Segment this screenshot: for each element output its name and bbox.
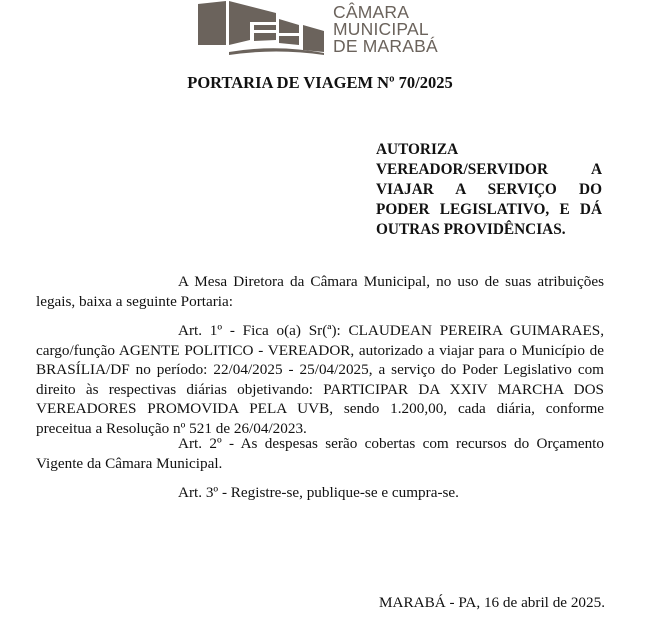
- article-3: Art. 3º - Registre-se, publique-se e cum…: [36, 483, 604, 503]
- ementa-line: VIAJAR A SERVIÇO DO: [376, 180, 602, 200]
- ementa-line: PODER LEGISLATIVO, E DÁ: [376, 200, 602, 220]
- building-facade-icon: [196, 0, 331, 60]
- ementa-line: VEREADOR/SERVIDOR A: [376, 160, 602, 180]
- document-title: PORTARIA DE VIAGEM Nº 70/2025: [0, 73, 640, 93]
- camara-logo: CÂMARA MUNICIPAL DE MARABÁ: [196, 0, 456, 60]
- preamble-paragraph: A Mesa Diretora da Câmara Municipal, no …: [36, 272, 604, 311]
- place-date: MARABÁ - PA, 16 de abril de 2025.: [379, 594, 605, 612]
- article-1: Art. 1º - Fica o(a) Sr(ª): CLAUDEAN PERE…: [36, 321, 604, 438]
- logo-wordmark: CÂMARA MUNICIPAL DE MARABÁ: [333, 4, 438, 55]
- ementa-line: AUTORIZA: [376, 140, 602, 160]
- ementa-line: OUTRAS PROVIDÊNCIAS.: [376, 220, 602, 240]
- article-2: Art. 2º - As despesas serão cobertas com…: [36, 434, 604, 473]
- logo-line: DE MARABÁ: [333, 38, 438, 55]
- ementa: AUTORIZA VEREADOR/SERVIDOR A VIAJAR A SE…: [376, 140, 602, 240]
